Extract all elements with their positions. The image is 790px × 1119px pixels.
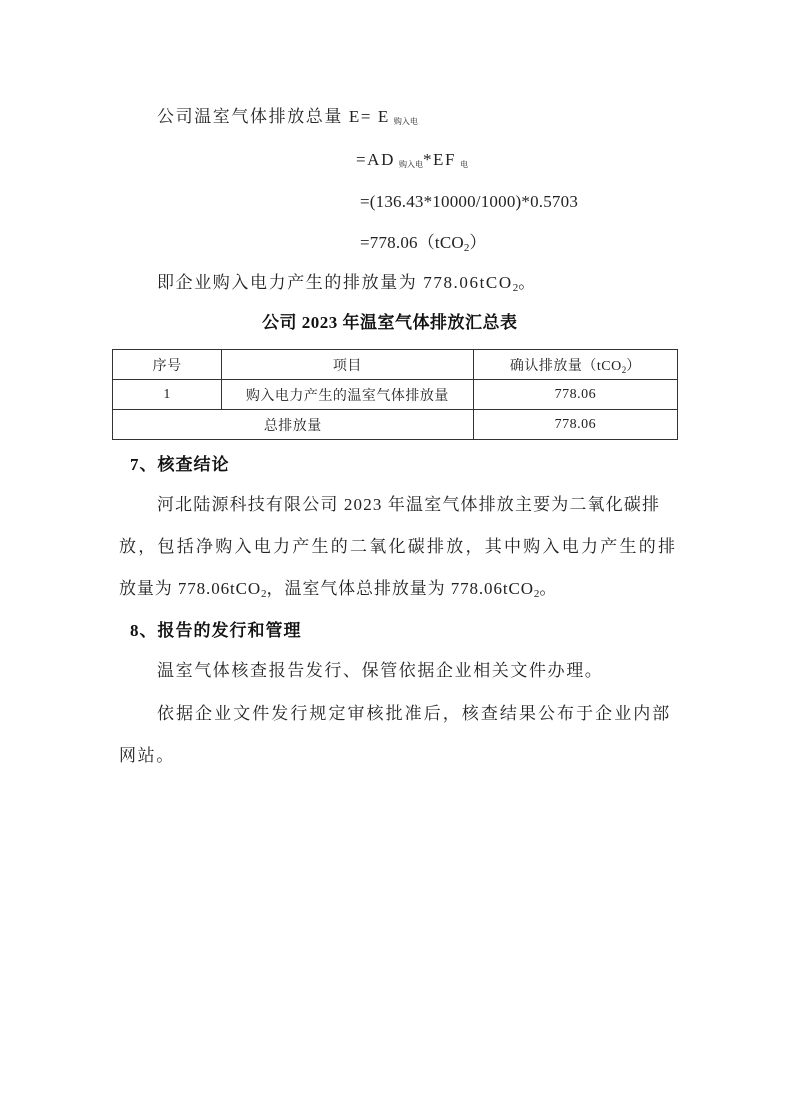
cell-item: 购入电力产生的温室气体排放量 [222,380,473,410]
section-8-text: 网站。 [119,746,175,765]
section-8-heading-text: 8、报告的发行和管理 [130,621,302,640]
table-title: 公司 2023 年温室气体排放汇总表 [262,312,518,334]
formula-ef: *EF [423,150,456,169]
section-8-text: 依据企业文件发行规定审核批准后，核查结果公布于企业内部 [157,704,671,723]
section-8-para-1: 温室气体核查报告发行、保管依据企业相关文件办理。 [157,660,603,682]
header-index: 序号 [113,350,222,380]
formula-ad: =AD [356,150,395,169]
section-7-line-3: 放量为 778.06tCO2，温室气体总排放量为 778.06tCO2。 [119,578,557,605]
header-item: 项目 [222,350,473,380]
table-header-row: 序号 项目 确认排放量（tCO2） [113,350,678,380]
header-amount: 确认排放量（tCO2） [473,350,677,380]
result-sentence: 即企业购入电力产生的排放量为 778.06tCO2。 [157,272,537,299]
header-amount-close: ） [626,359,641,374]
result-sentence-end: 。 [518,273,537,292]
section-7-line-1: 河北陆源科技有限公司 2023 年温室气体排放主要为二氧化碳排 [157,494,660,516]
section-8-para-2-line-2: 网站。 [119,745,175,767]
formula-line-4: =778.06（tCO2） [360,232,487,259]
formula-line-3: =(136.43*10000/1000)*0.5703 [360,191,578,213]
formula-calculation: =(136.43*10000/1000)*0.5703 [360,192,578,211]
section-7-text: 放，包括净购入电力产生的二氧化碳排放，其中购入电力产生的排 [119,537,677,556]
table-total-row: 总排放量 778.06 [113,410,678,440]
formula-subscript: 购入电 [399,160,423,169]
section-8-heading: 8、报告的发行和管理 [130,620,302,642]
section-7-text: 放量为 778.06tCO [119,579,261,598]
formula-line-1: 公司温室气体排放总量 E= E购入电 [157,106,418,133]
section-8-para-2-line-1: 依据企业文件发行规定审核批准后，核查结果公布于企业内部 [157,703,671,725]
cell-total-amount: 778.06 [473,410,677,440]
section-7-line-2: 放，包括净购入电力产生的二氧化碳排放，其中购入电力产生的排 [119,536,677,558]
header-amount-text: 确认排放量（tCO [510,359,622,374]
table-title-text: 公司 2023 年温室气体排放汇总表 [262,313,518,332]
cell-index: 1 [113,380,222,410]
section-7-text: 。 [539,579,557,598]
formula-result: =778.06（tCO [360,233,464,252]
formula-subscript: 电 [460,160,468,169]
result-sentence-text: 即企业购入电力产生的排放量为 778.06tCO [157,273,513,292]
section-7-heading: 7、核查结论 [130,454,230,476]
section-8-text: 温室气体核查报告发行、保管依据企业相关文件办理。 [157,661,603,680]
section-7-text: 河北陆源科技有限公司 2023 年温室气体排放主要为二氧化碳排 [157,495,660,514]
formula-result-close: ） [469,233,486,252]
emission-summary-table: 序号 项目 确认排放量（tCO2） 1 购入电力产生的温室气体排放量 778.0… [112,349,678,440]
cell-total-label: 总排放量 [113,410,474,440]
document-page: 公司温室气体排放总量 E= E购入电 =AD购入电*EF电 =(136.43*1… [0,0,790,1119]
cell-amount: 778.06 [473,380,677,410]
section-7-text: ，温室气体总排放量为 778.06tCO [267,579,534,598]
formula-subscript: 购入电 [394,117,418,126]
section-7-heading-text: 7、核查结论 [130,455,230,474]
formula-total-label: 公司温室气体排放总量 E= E [157,107,390,126]
formula-line-2: =AD购入电*EF电 [356,149,468,176]
table-row: 1 购入电力产生的温室气体排放量 778.06 [113,380,678,410]
